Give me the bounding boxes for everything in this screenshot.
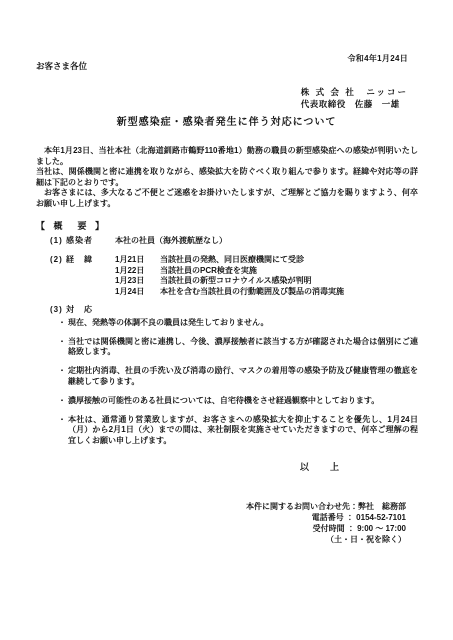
response-bullet-text: 濃厚接触の可能性のある社員については、自宅待機をさせ経過観察中としております。 — [68, 396, 418, 407]
infected-person-value: 本社の社員（海外渡航歴なし） — [115, 236, 418, 247]
timeline-row: 1月24日 本社を含む当該社員の行動範囲及び製品の消毒実施 — [115, 287, 418, 298]
timeline-text: 当該社員の発熱、同日医療機関にて受診 — [160, 255, 418, 266]
response-block: (3) 対 応 ・ 現在、発熱等の体調不良の職員は発生しておりません。 ・ 当社… — [36, 305, 418, 446]
contact-note: （土・日・祝を除く） — [246, 534, 406, 545]
intro-section: 本年1月23日、当社本社（北海道釧路市鶴野110番地1）勤務の職員の新型感染症へ… — [36, 146, 418, 209]
sender-company: 株 式 会 社 ニッコー — [301, 87, 408, 98]
timeline-row: 1月21日 当該社員の発熱、同日医療機関にて受診 — [115, 255, 418, 266]
contact-phone-value: 0154-52-7101 — [356, 513, 406, 522]
timeline-date: 1月24日 — [115, 287, 160, 298]
timeline-text: 当該社員の新型コロナウイルス感染が判明 — [160, 276, 418, 287]
timeline-rows: 1月21日 当該社員の発熱、同日医療機関にて受診 1月22日 当該社員のPCR検… — [115, 255, 418, 297]
infected-person-row: (1) 感染者 本社の社員（海外渡航歴なし） — [36, 236, 418, 247]
response-bullet: ・ 現在、発熱等の体調不良の職員は発生しておりません。 — [58, 318, 418, 329]
response-label: (3) 対 応 — [36, 305, 418, 316]
bullet-icon: ・ — [58, 415, 68, 447]
contact-hours-label: 受付時間 ： — [313, 524, 355, 533]
sender-block: 株 式 会 社 ニッコー 代表取締役 佐藤 一雄 — [301, 87, 408, 109]
timeline-text: 当該社員のPCR検査を実施 — [160, 266, 418, 277]
contact-hours-row: 受付時間 ： 9:00 ～ 17:00 — [246, 523, 406, 534]
recipient-line: お客さま各位 — [36, 61, 87, 72]
overview-section: 【 概 要 】 (1) 感染者 本社の社員（海外渡航歴なし） (2) 経 緯 1… — [36, 221, 418, 455]
response-bullet: ・ 当社では関係機関と密に連携し、今後、濃厚接触者に該当する方が確認された場合は… — [58, 337, 418, 358]
timeline-date: 1月21日 — [115, 255, 160, 266]
timeline-row: 1月23日 当該社員の新型コロナウイルス感染が判明 — [115, 276, 418, 287]
closing-mark: 以 上 — [0, 462, 453, 473]
response-bullet-text: 定期社内消毒、社員の手洗い及び消毒の励行、マスクの着用等の感染予防及び健康管理の… — [68, 366, 418, 387]
timeline-date: 1月23日 — [115, 276, 160, 287]
timeline-label: (2) 経 緯 — [36, 255, 115, 297]
infected-person-label: (1) 感染者 — [36, 236, 115, 247]
document-date: 令和4年1月24日 — [348, 54, 409, 65]
contact-block: 本件に関するお問い合わせ先：弊社 総務部 電話番号 ： 0154-52-7101… — [246, 501, 406, 545]
overview-heading: 【 概 要 】 — [36, 221, 418, 232]
bullet-icon: ・ — [58, 366, 68, 387]
response-bullet-text: 当社では関係機関と密に連携し、今後、濃厚接触者に該当する方が確認された場合は個別… — [68, 337, 418, 358]
response-bullet-text: 本社は、通常通り営業致しますが、お客さまへの感染拡大を抑止することを優先し、1月… — [68, 415, 418, 447]
bullet-icon: ・ — [58, 337, 68, 358]
timeline-block: (2) 経 緯 1月21日 当該社員の発熱、同日医療機関にて受診 1月22日 当… — [36, 255, 418, 297]
intro-paragraph-1: 本年1月23日、当社本社（北海道釧路市鶴野110番地1）勤務の職員の新型感染症へ… — [36, 146, 418, 167]
contact-intro: 本件に関するお問い合わせ先：弊社 総務部 — [246, 501, 406, 512]
bullet-icon: ・ — [58, 396, 68, 407]
response-bullet: ・ 本社は、通常通り営業致しますが、お客さまへの感染拡大を抑止することを優先し、… — [58, 415, 418, 447]
timeline-date: 1月22日 — [115, 266, 160, 277]
response-bullets: ・ 現在、発熱等の体調不良の職員は発生しておりません。 ・ 当社では関係機関と密… — [58, 318, 418, 447]
document-title: 新型感染症・感染者発生に伴う対応について — [0, 118, 453, 129]
response-bullet: ・ 濃厚接触の可能性のある社員については、自宅待機をさせ経過観察中としております… — [58, 396, 418, 407]
contact-phone-row: 電話番号 ： 0154-52-7101 — [246, 512, 406, 523]
bullet-icon: ・ — [58, 318, 68, 329]
response-bullet-text: 現在、発熱等の体調不良の職員は発生しておりません。 — [68, 318, 418, 329]
contact-hours-value: 9:00 ～ 17:00 — [357, 524, 406, 533]
contact-phone-label: 電話番号 ： — [312, 513, 354, 522]
timeline-text: 本社を含む当該社員の行動範囲及び製品の消毒実施 — [160, 287, 418, 298]
sender-representative: 代表取締役 佐藤 一雄 — [301, 99, 408, 110]
intro-paragraph-3: お客さまには、多大なるご不便とご迷惑をお掛けいたしますが、ご理解とご協力を賜りま… — [36, 188, 418, 209]
response-bullet: ・ 定期社内消毒、社員の手洗い及び消毒の励行、マスクの着用等の感染予防及び健康管… — [58, 366, 418, 387]
scanned-notice-document: 令和4年1月24日 お客さま各位 株 式 会 社 ニッコー 代表取締役 佐藤 一… — [0, 0, 453, 640]
intro-paragraph-2: 当社は、関係機関と密に連携を取りながら、感染拡大を防ぐべく取り組んで参ります。経… — [36, 167, 418, 188]
timeline-row: 1月22日 当該社員のPCR検査を実施 — [115, 266, 418, 277]
